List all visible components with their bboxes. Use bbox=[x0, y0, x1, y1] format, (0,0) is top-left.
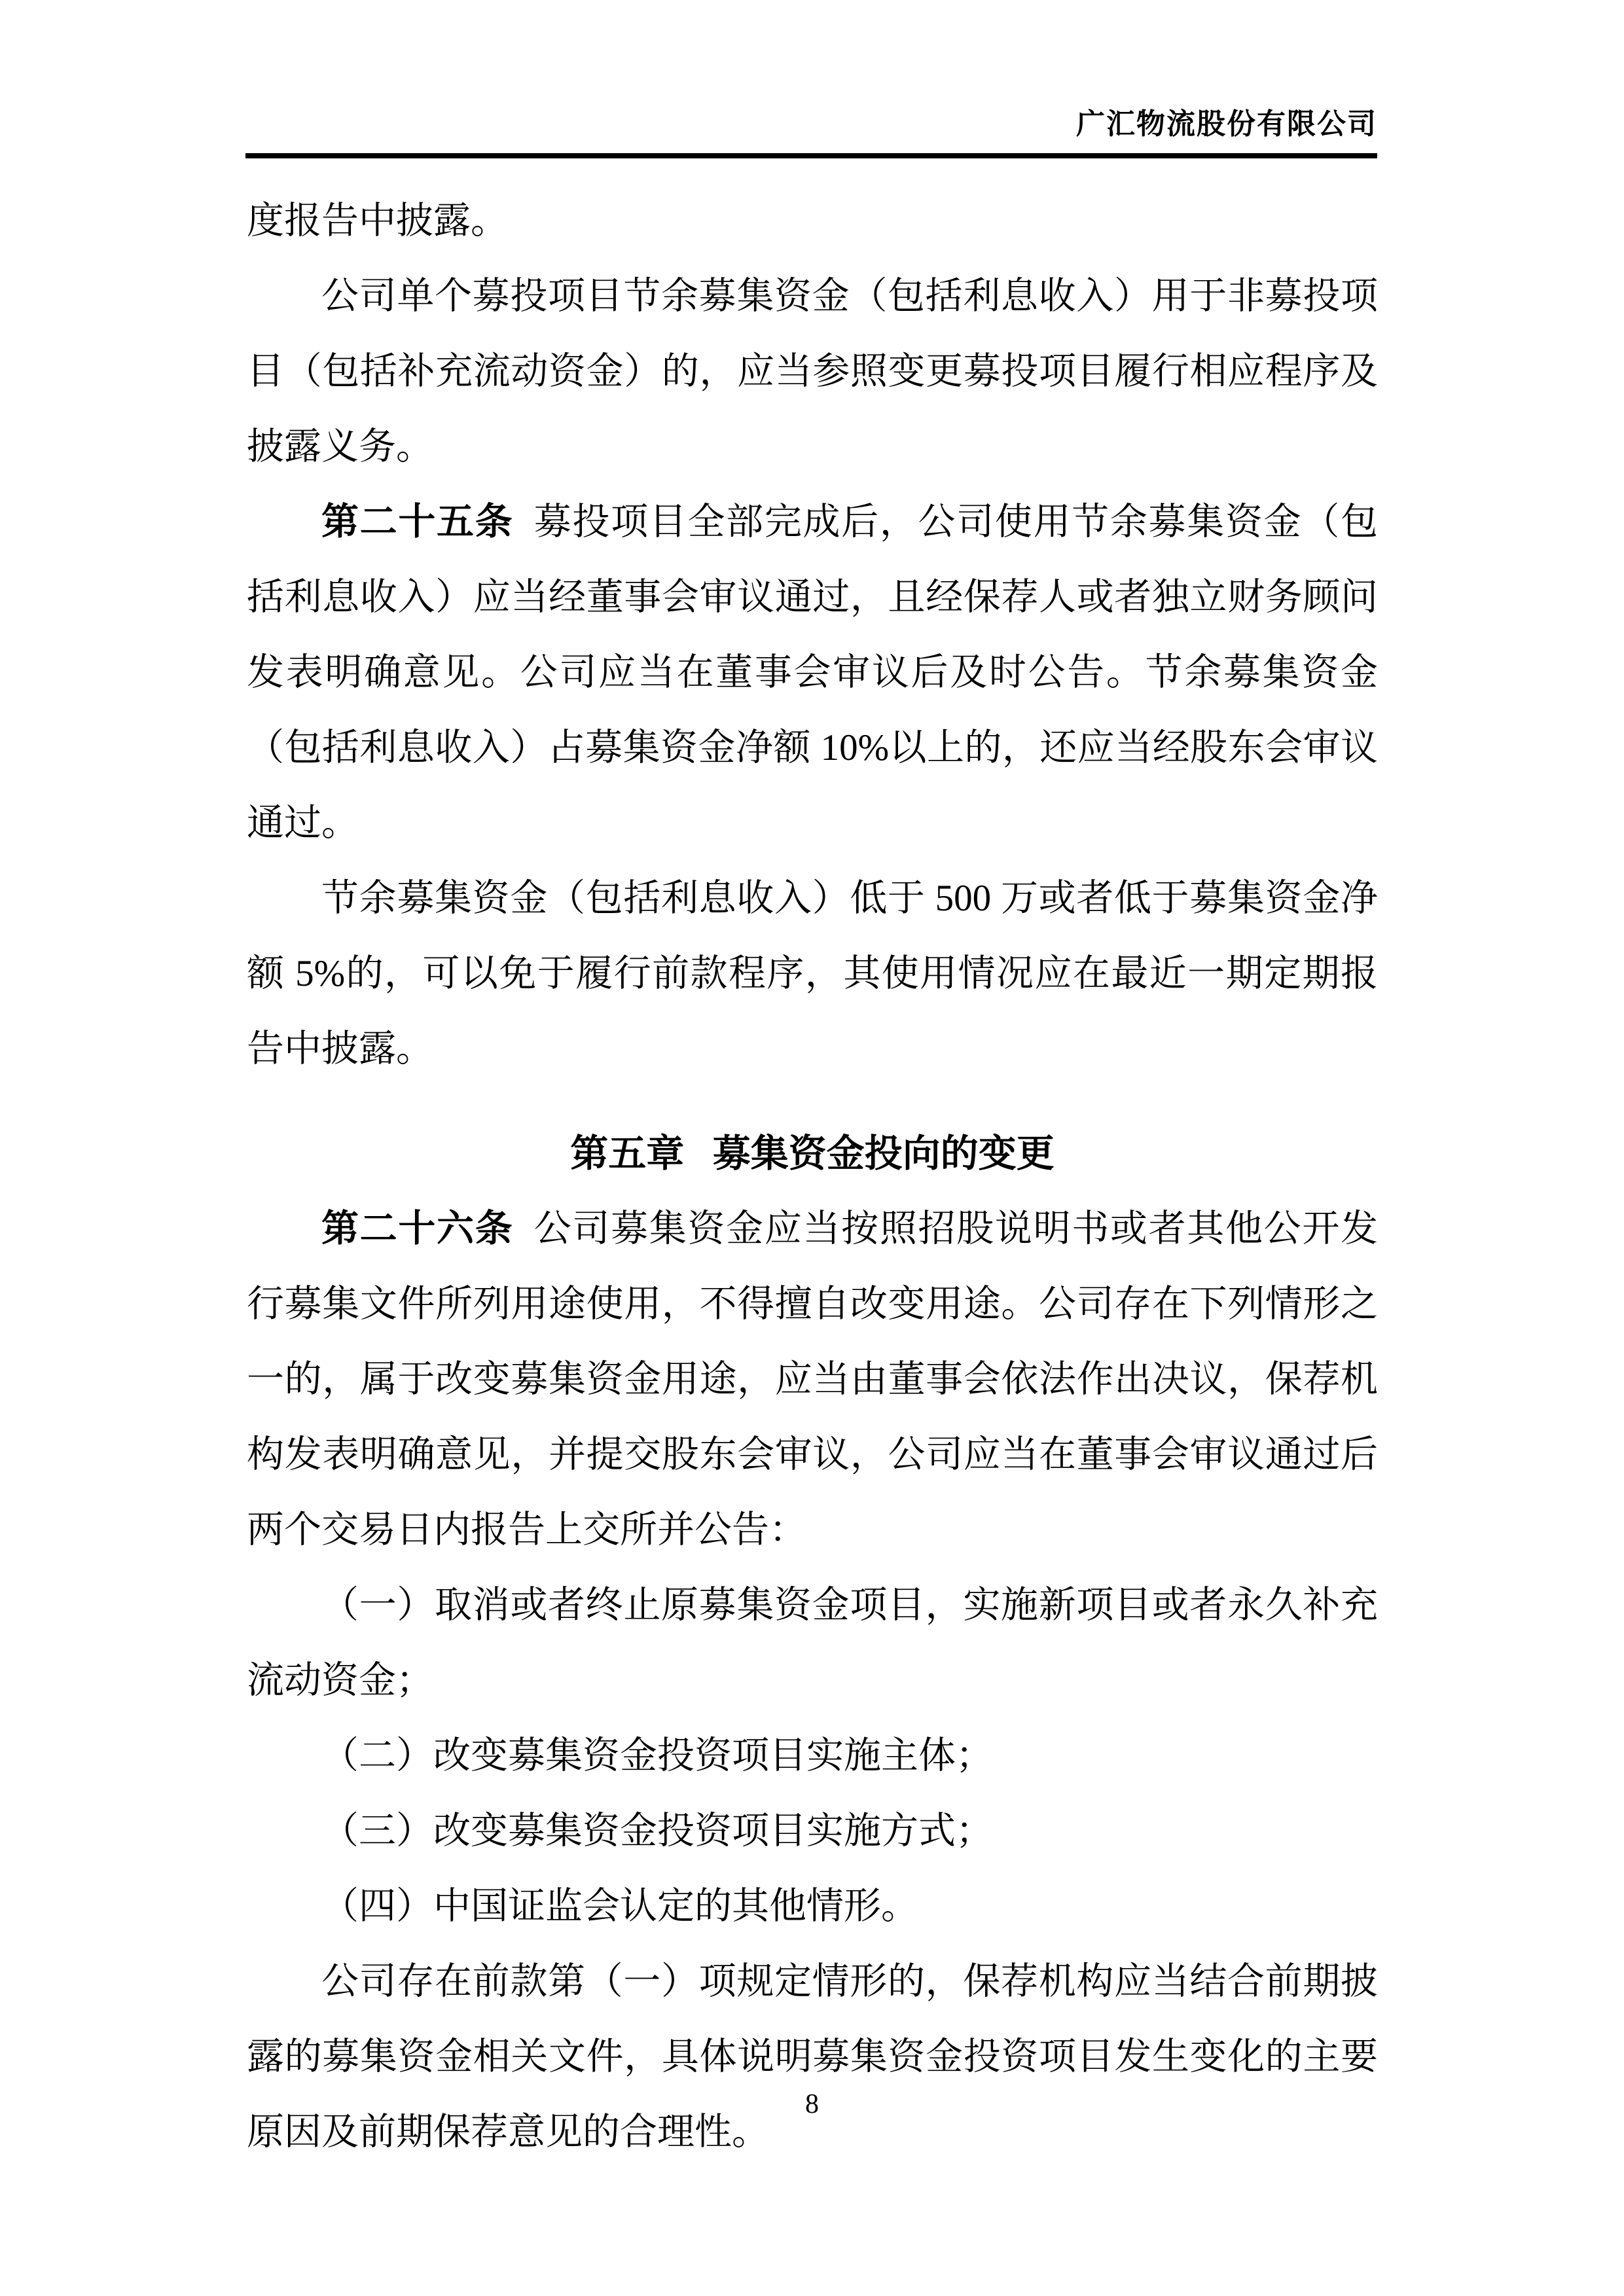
body-paragraph-article-25: 第二十五条募投项目全部完成后，公司使用节余募集资金（包括利息收入）应当经董事会审… bbox=[247, 484, 1378, 861]
chapter-heading: 第五章募集资金投向的变更 bbox=[247, 1116, 1378, 1191]
body-paragraph: 公司存在前款第（一）项规定情形的，保荐机构应当结合前期披露的募集资金相关文件，具… bbox=[247, 1944, 1378, 2170]
body-paragraph: 度报告中披露。 bbox=[247, 183, 1378, 259]
paragraph-text: 公司单个募投项目节余募集资金（包括利息收入）用于非募投项目（包括补充流动资金）的… bbox=[247, 276, 1378, 467]
body-paragraph: 节余募集资金（包括利息收入）低于 500 万或者低于募集资金净额 5%的，可以免… bbox=[247, 861, 1378, 1086]
header-rule bbox=[245, 153, 1377, 158]
paragraph-text: （三）改变募集资金投资项目实施方式； bbox=[321, 1810, 993, 1852]
article-number: 第二十五条 bbox=[321, 501, 513, 543]
body-paragraph-article-26: 第二十六条公司募集资金应当按照招股说明书或者其他公开发行募集文件所列用途使用，不… bbox=[247, 1191, 1378, 1568]
paragraph-text: （一）取消或者终止原募集资金项目，实施新项目或者永久补充流动资金； bbox=[247, 1585, 1378, 1701]
paragraph-text: 公司存在前款第（一）项规定情形的，保荐机构应当结合前期披露的募集资金相关文件，具… bbox=[247, 1961, 1378, 2153]
chapter-number: 第五章 bbox=[570, 1132, 684, 1175]
article-number: 第二十六条 bbox=[321, 1208, 513, 1249]
paragraph-text: （四）中国证监会认定的其他情形。 bbox=[321, 1886, 918, 1927]
chapter-title: 募集资金投向的变更 bbox=[713, 1132, 1055, 1175]
body-paragraph-item-3: （三）改变募集资金投资项目实施方式； bbox=[247, 1793, 1378, 1869]
body-paragraph-item-2: （二）改变募集资金投资项目实施主体； bbox=[247, 1718, 1378, 1793]
page-header-company-name: 广汇物流股份有限公司 bbox=[245, 103, 1377, 145]
body-paragraph: 公司单个募投项目节余募集资金（包括利息收入）用于非募投项目（包括补充流动资金）的… bbox=[247, 259, 1378, 484]
document-body: 度报告中披露。 公司单个募投项目节余募集资金（包括利息收入）用于非募投项目（包括… bbox=[247, 183, 1378, 2170]
document-page: 广汇物流股份有限公司 度报告中披露。 公司单个募投项目节余募集资金（包括利息收入… bbox=[0, 0, 1624, 2296]
paragraph-text: （二）改变募集资金投资项目实施主体； bbox=[321, 1735, 993, 1776]
paragraph-text: 度报告中披露。 bbox=[247, 200, 508, 242]
paragraph-text: 公司募集资金应当按照招股说明书或者其他公开发行募集文件所列用途使用，不得擅自改变… bbox=[247, 1208, 1378, 1551]
page-number: 8 bbox=[0, 2087, 1624, 2122]
paragraph-text: 节余募集资金（包括利息收入）低于 500 万或者低于募集资金净额 5%的，可以免… bbox=[247, 878, 1378, 1069]
paragraph-text: 募投项目全部完成后，公司使用节余募集资金（包括利息收入）应当经董事会审议通过，且… bbox=[247, 501, 1378, 844]
body-paragraph-item-1: （一）取消或者终止原募集资金项目，实施新项目或者永久补充流动资金； bbox=[247, 1568, 1378, 1718]
body-paragraph-item-4: （四）中国证监会认定的其他情形。 bbox=[247, 1869, 1378, 1944]
